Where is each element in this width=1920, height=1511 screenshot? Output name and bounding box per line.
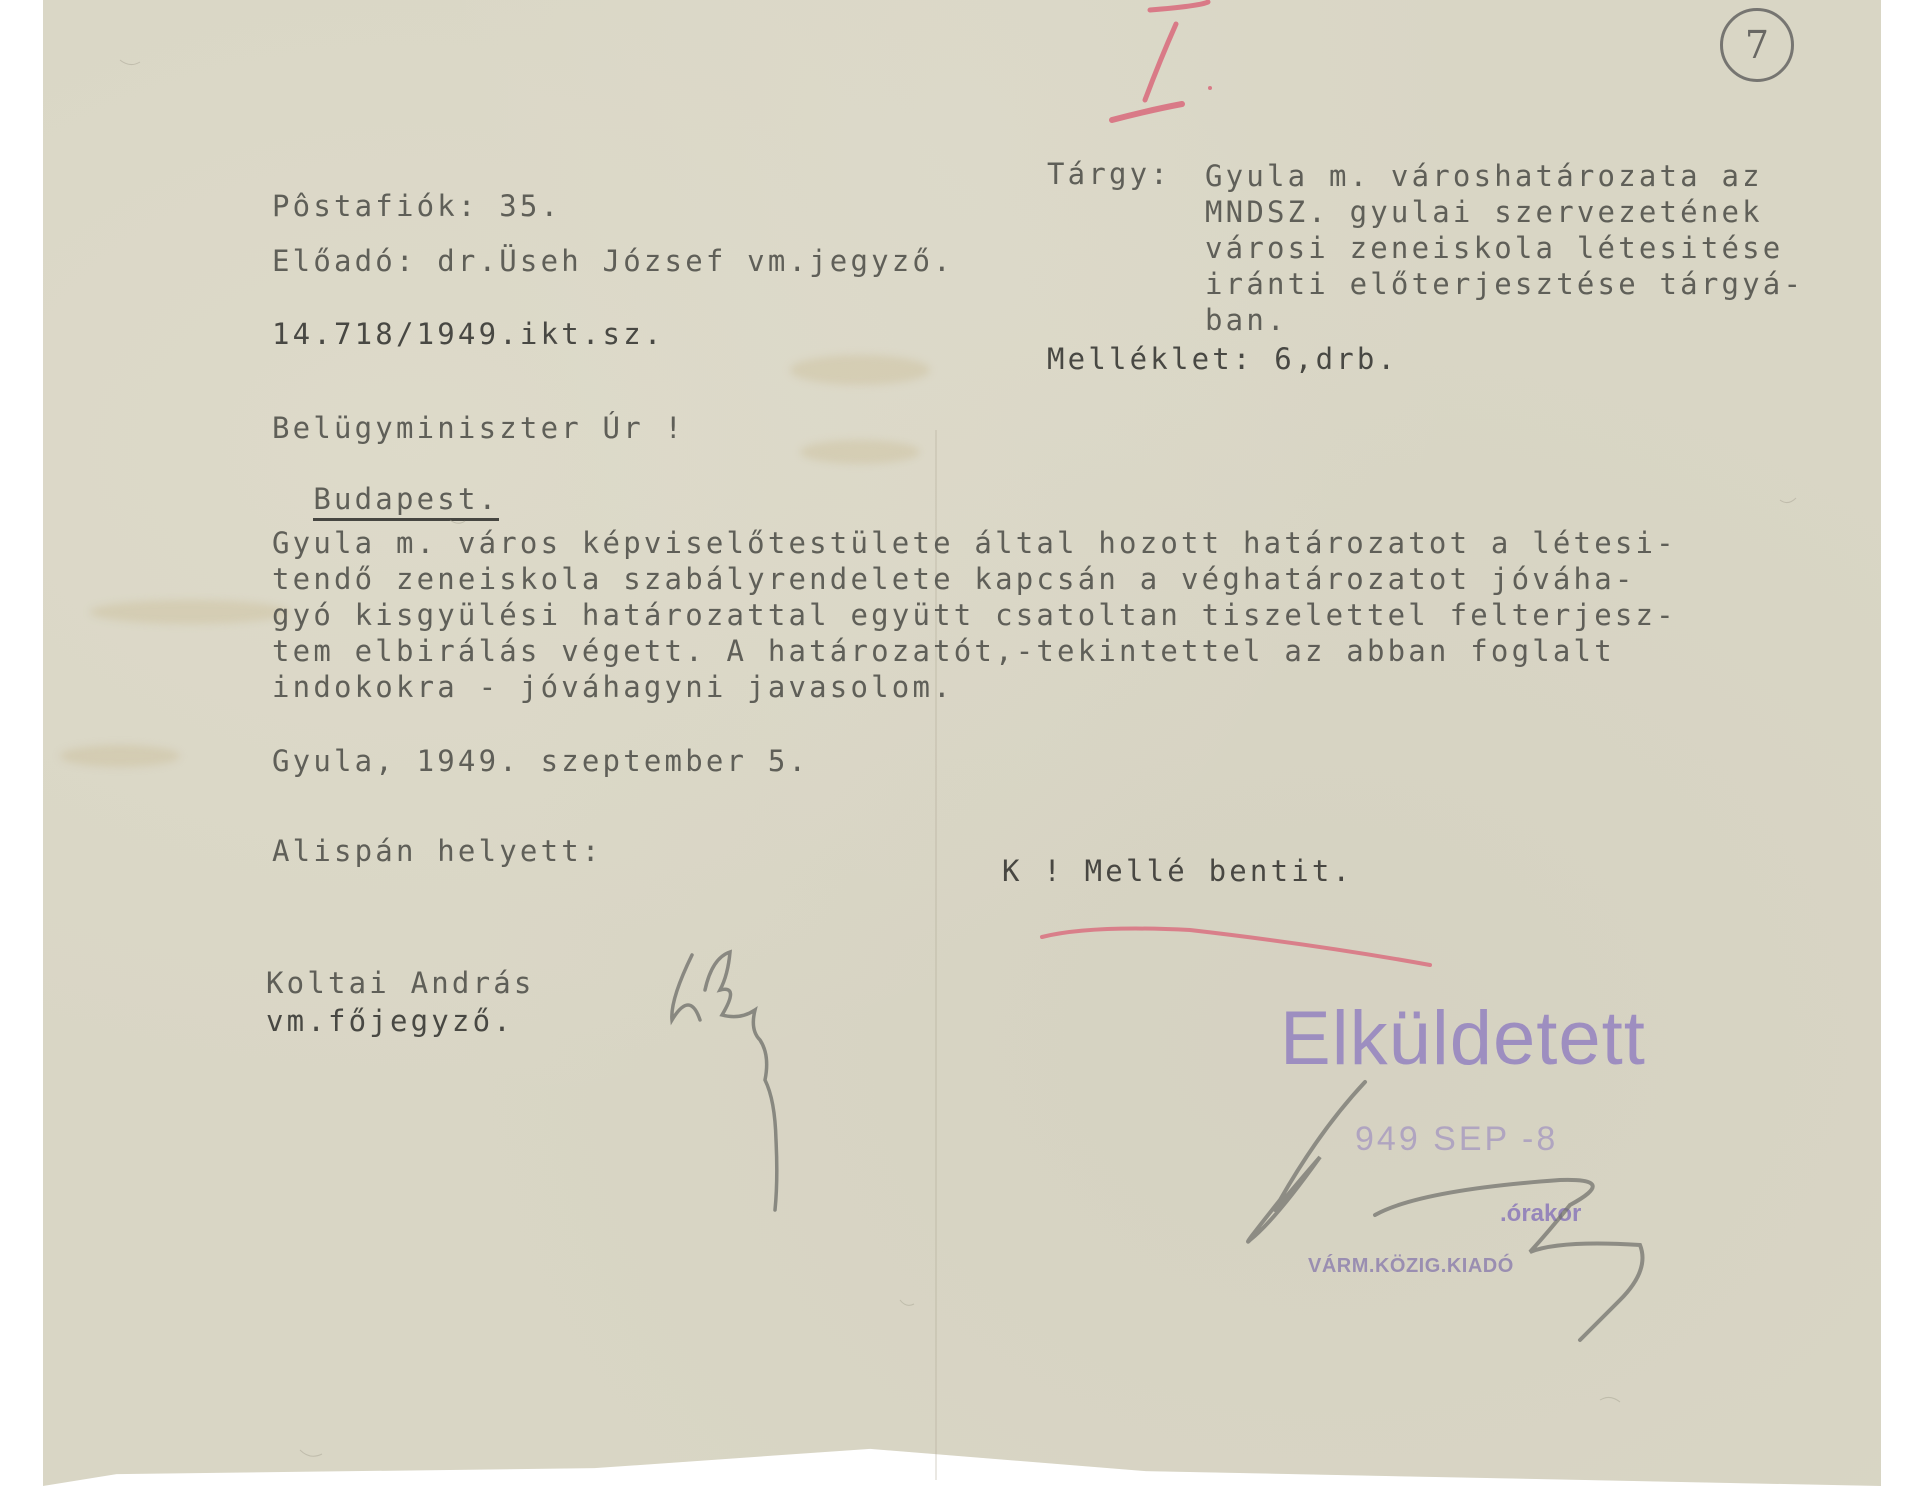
stamp-issuer: VÁRM.KÖZIG.KIADÓ	[1308, 1255, 1514, 1278]
subject-line: ban.	[1205, 304, 1288, 337]
subject-line: iránti előterjesztése tárgyá-	[1205, 268, 1804, 301]
body-line: Gyula m. város képviselőtestülete által …	[272, 527, 1677, 560]
body-line: indokokra - jóváhagyni javasolom.	[272, 671, 954, 704]
signatory-position: vm.főjegyző.	[266, 1005, 514, 1038]
page-number: 7	[1745, 23, 1769, 67]
bleed-stain	[790, 355, 930, 385]
bleed-stain	[90, 600, 290, 624]
body-line: gyó kisgyülési határozattal együtt csato…	[272, 599, 1677, 632]
rapporteur-line: Előadó: dr.Üseh József vm.jegyző.	[272, 245, 954, 278]
subject-line: városi zeneiskola létesitése	[1205, 232, 1783, 265]
signatory-name: Koltai András	[266, 967, 535, 1000]
bleed-stain	[800, 440, 920, 464]
body-line: tendő zeneiskola szabályrendelete kapcsá…	[272, 563, 1636, 596]
signature-title: Alispán helyett:	[272, 835, 603, 868]
addressee-city: Budapest.	[272, 450, 499, 516]
addressee-line: Belügyminiszter Úr !	[272, 412, 685, 445]
body-line: tem elbirálás végett. A határozatót,-tek…	[272, 635, 1615, 668]
stamp-date: 949 SEP -8	[1355, 1120, 1558, 1159]
page-number-circle: 7	[1720, 8, 1794, 82]
subject-label: Tárgy:	[1047, 158, 1171, 191]
bleed-stain	[60, 745, 180, 767]
stamp-time: .órakor	[1500, 1200, 1581, 1228]
reference-number: 14.718/1949.ikt.sz.	[272, 318, 665, 351]
attachment-line: Melléklet: 6,drb.	[1047, 343, 1398, 376]
subject-line: MNDSZ. gyulai szervezetének	[1205, 196, 1763, 229]
date-line: Gyula, 1949. szeptember 5.	[272, 745, 809, 778]
subject-line: Gyula m. városhatározata az	[1205, 160, 1763, 193]
stamp-sent: Elküldetett	[1280, 995, 1646, 1082]
handwritten-note-typed: K ! Mellé bentit.	[1002, 855, 1353, 888]
postbox-line: Pôstafiók: 35.	[272, 190, 561, 223]
addressee-city-text: Budapest.	[313, 482, 499, 521]
